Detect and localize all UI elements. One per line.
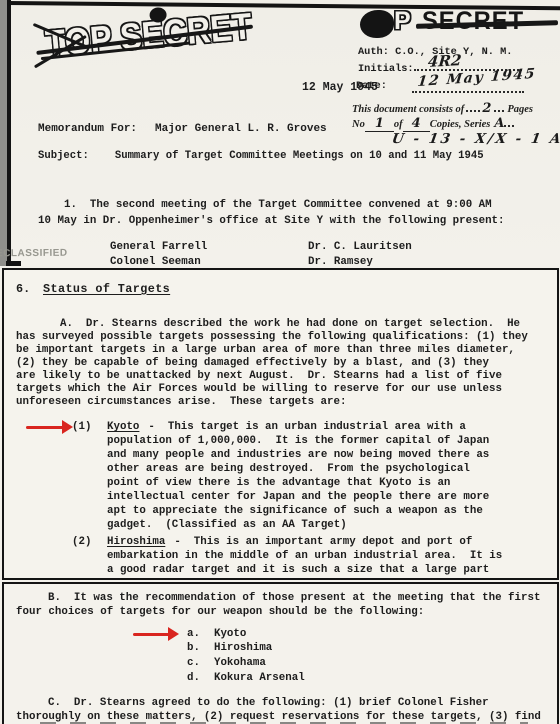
target-kyoto-line: apt to appreciate the significance of su… [107,505,483,518]
subject-value: Summary of Target Committee Meetings on … [115,150,484,162]
target-name-hiroshima: Hiroshima [107,536,165,548]
target-list-item: d.Kokura Arsenal [187,672,305,685]
paragraph-1-line: 10 May in Dr. Oppenheimer's office at Si… [38,215,505,228]
series-handwritten: A [494,116,504,131]
paragraph-b-line: B. It was the recommendation of those pr… [48,592,540,605]
memo-for-line: Memorandum For:Major General L. R. Grove… [38,123,327,136]
copies-total-handwritten: 4 [403,116,430,132]
attendee-name: General Farrell [110,241,207,254]
subject-label: Subject: [38,150,89,162]
kyoto-annotation-arrow [26,420,73,434]
arrow-shaft [26,426,64,429]
paragraph-a-line: are likely to be unattacked by next Augu… [16,370,502,383]
paragraph-a-line: (2) they be capable of being damaged eff… [16,357,489,370]
scan-artifact [6,261,21,266]
attendee-name: Dr. C. Lauritsen [308,241,412,254]
list-letter: a. [187,628,200,640]
date-blank-line [412,84,524,93]
list-letter: c. [187,657,200,669]
copies-of: of [394,119,403,130]
copies-no-label: No [352,119,365,130]
kyoto-list-annotation-arrow [133,627,179,641]
target-hiroshima-first-line: Hiroshima- This is an important army dep… [107,536,472,549]
top-secret-stamp-crossed: TOP SECRET [44,5,263,82]
target-name-kyoto: Kyoto [107,421,139,433]
target-kyoto-line: point of view there is the advantage tha… [107,477,450,490]
page-edge-margin [0,0,7,266]
paragraph-a-line: A. Dr. Stearns described the work he had… [60,318,520,331]
memo-for-label: Memorandum For: [38,123,137,135]
arrow-head [168,627,179,641]
target-list-item: a.Kyoto [187,628,246,641]
control-number-handwritten: U - 13 - X/X - 1 A [391,131,560,147]
section-number: 6. [16,283,30,296]
paragraph-a-line: targets which the Air Forces would be wi… [16,383,502,396]
recommendation-section: B. It was the recommendation of those pr… [2,582,559,724]
list-target-name: Kokura Arsenal [214,672,305,684]
copy-number-handwritten: 1 [365,116,394,132]
consists-blank [466,103,480,112]
series-blank [504,118,514,127]
ink-blot [360,10,394,38]
paragraph-c-line: C. Dr. Stearns agreed to do the followin… [48,697,489,710]
list-letter: d. [187,672,200,684]
attendee-name: Dr. Ramsey [308,256,373,266]
list-target-name: Hiroshima [214,642,272,654]
top-secret-stamp-right: P SECRET [360,6,558,44]
list-target-name: Yokohama [214,657,266,669]
status-of-targets-section: 6. Status of Targets A. Dr. Stearns desc… [2,268,559,580]
paragraph-b-line: four choices of targets for our weapon s… [16,606,424,619]
copies-suffix: Copies, Series [430,119,491,130]
list-target-name: Kyoto [214,628,246,640]
paragraph-1-line: 1. The second meeting of the Target Comm… [64,199,492,212]
arrow-shaft [133,633,170,636]
document-page: TOP SECRET P SECRET Auth: C.O., Site Y, … [0,0,560,724]
target-kyoto-line: and many people and industries are now b… [107,449,489,462]
consists-suffix: Pages [507,104,533,115]
subject-line: Subject:Summary of Target Committee Meet… [38,150,484,163]
target-list-item: b.Hiroshima [187,642,272,655]
initials-label: Initials: [358,63,414,75]
section-heading: Status of Targets [43,283,170,296]
date-label: Date: [356,80,387,93]
target-kyoto-line: other areas are being destroyed. From th… [107,463,470,476]
paragraph-a-line: has surveyed possible targets possessing… [16,331,528,344]
initials-handwritten: 4R2 [427,51,462,71]
target-hiroshima-line: embarkation in the middle of an urban in… [107,550,502,563]
target-list-item: c.Yokohama [187,657,266,670]
list-letter: b. [187,642,200,654]
declassified-stamp: ECLASSIFIED [0,248,68,260]
consists-blank [494,103,504,112]
consists-stamp: This document consists of2Pages [352,101,533,116]
paragraph-a-line: be important targets in a large urban ar… [16,344,515,357]
target-kyoto-line: population of 1,000,000. It is the forme… [107,435,489,448]
attendee-name: Colonel Seeman [110,256,201,266]
consists-pages-handwritten: 2 [482,101,491,116]
target-kyoto-line: gadget. (Classified as an AA Target) [107,519,347,532]
top-secret-p-outline: P [394,7,411,36]
page-edge-line-left [7,0,11,266]
target-kyoto-line: intellectual center for Japan and the pe… [107,491,489,504]
memo-for-value: Major General L. R. Groves [155,123,327,135]
consists-prefix: This document consists of [352,104,464,115]
target-hiroshima-line: a good radar target and it is such a siz… [107,564,489,577]
copies-stamp: No1of4Copies, SeriesA [352,116,514,131]
target-kyoto-first-line: Kyoto- This target is an urban industria… [107,421,466,434]
target-marker: (1) [72,421,91,434]
memo-header-section: TOP SECRET P SECRET Auth: C.O., Site Y, … [0,0,560,266]
paragraph-a-line: unforeseen circumstances arise. These ta… [16,396,346,409]
target-marker: (2) [72,536,91,549]
